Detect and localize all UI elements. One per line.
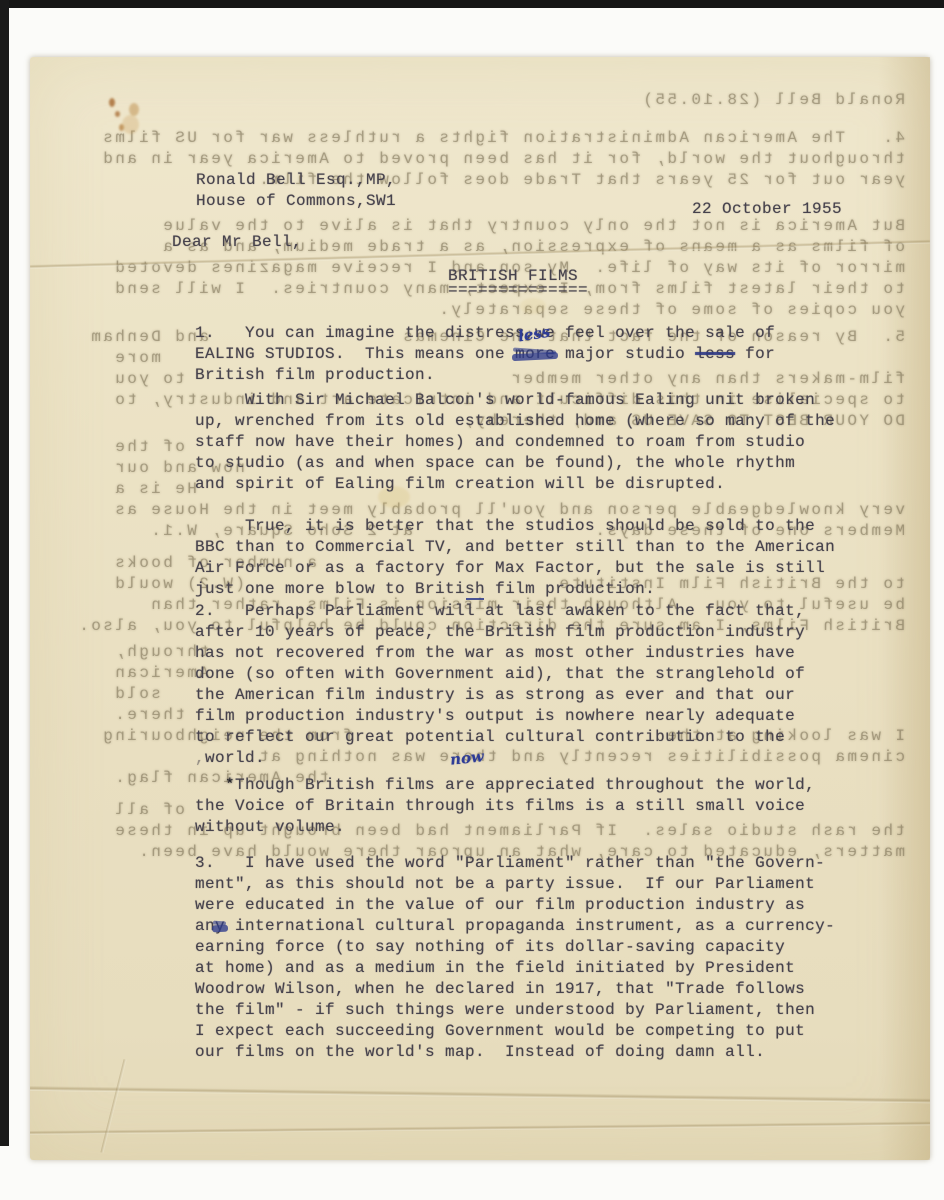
typed-line: earning force (to say nothing of its dol… (195, 937, 785, 958)
typed-line: were educated in the value of our film p… (195, 895, 805, 916)
typed-line: at home) and as a medium in the field in… (195, 958, 795, 979)
typed-text: EALING STUDIOS. This means one (195, 345, 515, 363)
typed-text: after 10 years of peace, the British fil… (195, 623, 805, 641)
typed-line: True, it is better that the studios shou… (195, 516, 815, 537)
letter-date: 22 October 1955 (692, 199, 842, 220)
ink-corrected-text: y (215, 916, 225, 937)
typed-text: Woodrow Wilson, when he declared in 1917… (195, 980, 805, 998)
typed-line: up, wrenched from its old established ho… (195, 411, 835, 432)
bleed-through-line: Ronald Bell (28.10.55) (55, 90, 905, 111)
typed-text: at home) and as a medium in the field in… (195, 959, 795, 977)
paper-stain (115, 111, 120, 117)
typed-line: 3. I have used the word "Parliament" rat… (195, 853, 825, 874)
typed-line: Air Force or as a factory for Max Factor… (195, 558, 825, 579)
handwritten-annotation: now (449, 747, 485, 768)
typed-text: 2. Perhaps Parliament will at last awake… (195, 602, 805, 620)
typed-line: our films on the world's map. Instead of… (195, 1042, 765, 1063)
typed-text: earning force (to say nothing of its dol… (195, 938, 785, 956)
scan-top-border (0, 0, 944, 8)
typed-text: With Sir Michael Balcon's world-famous E… (195, 391, 815, 409)
typed-line: With Sir Michael Balcon's world-famous E… (195, 390, 815, 411)
scan-left-border (0, 0, 9, 1146)
typed-line: just one more blow to British film produ… (195, 579, 655, 600)
recipient-address: House of Commons,SW1 (196, 191, 396, 212)
typed-text: without volume. (195, 818, 345, 836)
typed-text: to reflect our great potential cultural … (195, 728, 785, 746)
typed-text: and spirit of Ealing film creation will … (195, 475, 725, 493)
typed-line: any international cultural propaganda in… (195, 916, 835, 937)
typed-text: Air Force or as a factory for Max Factor… (195, 559, 825, 577)
typed-line: staff now have their homes) and condemne… (195, 432, 805, 453)
typed-line: I expect each succeeding Government woul… (195, 1021, 805, 1042)
typed-text: were educated in the value of our film p… (195, 896, 805, 914)
ink-corrected-text: sh (465, 580, 485, 598)
typed-text: done (so often with Government aid), tha… (195, 665, 805, 683)
typed-line: the American film industry is as strong … (195, 685, 795, 706)
typed-text: the film" - if such things were understo… (195, 1001, 815, 1019)
typed-line: and spirit of Ealing film creation will … (195, 474, 725, 495)
typed-line: to reflect our great potential cultural … (195, 727, 785, 748)
typed-line: EALING STUDIOS. This means one more majo… (195, 344, 775, 365)
bleed-through-line: the rash studio sales. If Parliament had… (55, 821, 905, 842)
typed-text: has not recovered from the war as most o… (195, 644, 795, 662)
bleed-through-line: year out for 25 years that Trade does fo… (55, 170, 905, 191)
typed-line: *Though British films are appreciated th… (195, 775, 815, 796)
salutation: Dear Mr Bell, (172, 232, 302, 253)
paper-stain (109, 98, 115, 107)
typed-line: done (so often with Government aid), tha… (195, 664, 805, 685)
typed-text: the Voice of Britain through its films i… (195, 797, 805, 815)
ink-corrected-text: * (225, 776, 235, 794)
typed-text: I expect each succeeding Government woul… (195, 1022, 805, 1040)
typed-line: Woodrow Wilson, when he declared in 1917… (195, 979, 805, 1000)
typed-text: up, wrenched from its old established ho… (195, 412, 835, 430)
typed-text: ment", as this should not be a party iss… (195, 875, 815, 893)
bleed-through-line: 4. The American Administration fights a … (55, 128, 905, 149)
paper-stain (122, 115, 139, 134)
typed-text: film production. (485, 580, 655, 598)
typed-text: major studio (555, 345, 695, 363)
typed-line: has not recovered from the war as most o… (195, 643, 795, 664)
typed-text: film production industry's output is now… (195, 707, 795, 725)
ink-corrected-text: , (195, 749, 205, 767)
typed-text: staff now have their homes) and condemne… (195, 433, 805, 451)
typed-text: BBC than to Commercial TV, and better st… (195, 538, 835, 556)
typed-text: world. (205, 749, 265, 767)
typed-line: after 10 years of peace, the British fil… (195, 622, 805, 643)
typed-text: British film production. (195, 366, 435, 384)
bleed-through-line: you copies of some of these separately. (55, 300, 905, 321)
typed-text: True, it is better that the studios shou… (195, 517, 815, 535)
typed-line: British film production. (195, 365, 435, 386)
typed-line: to studio (as and when space can be foun… (195, 453, 795, 474)
typed-line: ,world. (195, 748, 265, 769)
typed-text: just one more blow to Briti (195, 580, 465, 598)
typed-line: 1. You can imagine the distress,we feel … (195, 323, 775, 344)
letter-title-underline: ============== (448, 280, 588, 301)
typed-text: to studio (as and when space can be foun… (195, 454, 795, 472)
typed-line: BBC than to Commercial TV, and better st… (195, 537, 835, 558)
typed-line: the Voice of Britain through its films i… (195, 796, 805, 817)
typed-text: for (735, 345, 775, 363)
scanned-letter: Ronald Bell (28.10.55)4. The American Ad… (0, 0, 944, 1200)
typed-text: international cultural propaganda instru… (225, 917, 835, 935)
recipient-name: Ronald Bell Esq.,MP, (196, 170, 396, 191)
ink-corrected-text: less (695, 345, 735, 363)
bleed-through-line: film-makers than any other member to you (55, 369, 905, 390)
ink-corrected-text: more (515, 344, 555, 365)
typed-text: Though British films are appreciated thr… (235, 776, 815, 794)
typed-text (195, 776, 225, 794)
typed-line: without volume. (195, 817, 345, 838)
typed-line: ment", as this should not be a party iss… (195, 874, 815, 895)
typed-line: 2. Perhaps Parliament will at last awake… (195, 601, 805, 622)
typed-text: 3. I have used the word "Parliament" rat… (195, 854, 825, 872)
typed-line: film production industry's output is now… (195, 706, 795, 727)
typed-text: our films on the world's map. Instead of… (195, 1043, 765, 1061)
typed-line: the film" - if such things were understo… (195, 1000, 815, 1021)
typed-text: 1. You can imagine the distress,we feel … (195, 324, 775, 342)
bleed-through-line: throughout the world, for it has been pr… (55, 149, 905, 170)
typed-text: the American film industry is as strong … (195, 686, 795, 704)
